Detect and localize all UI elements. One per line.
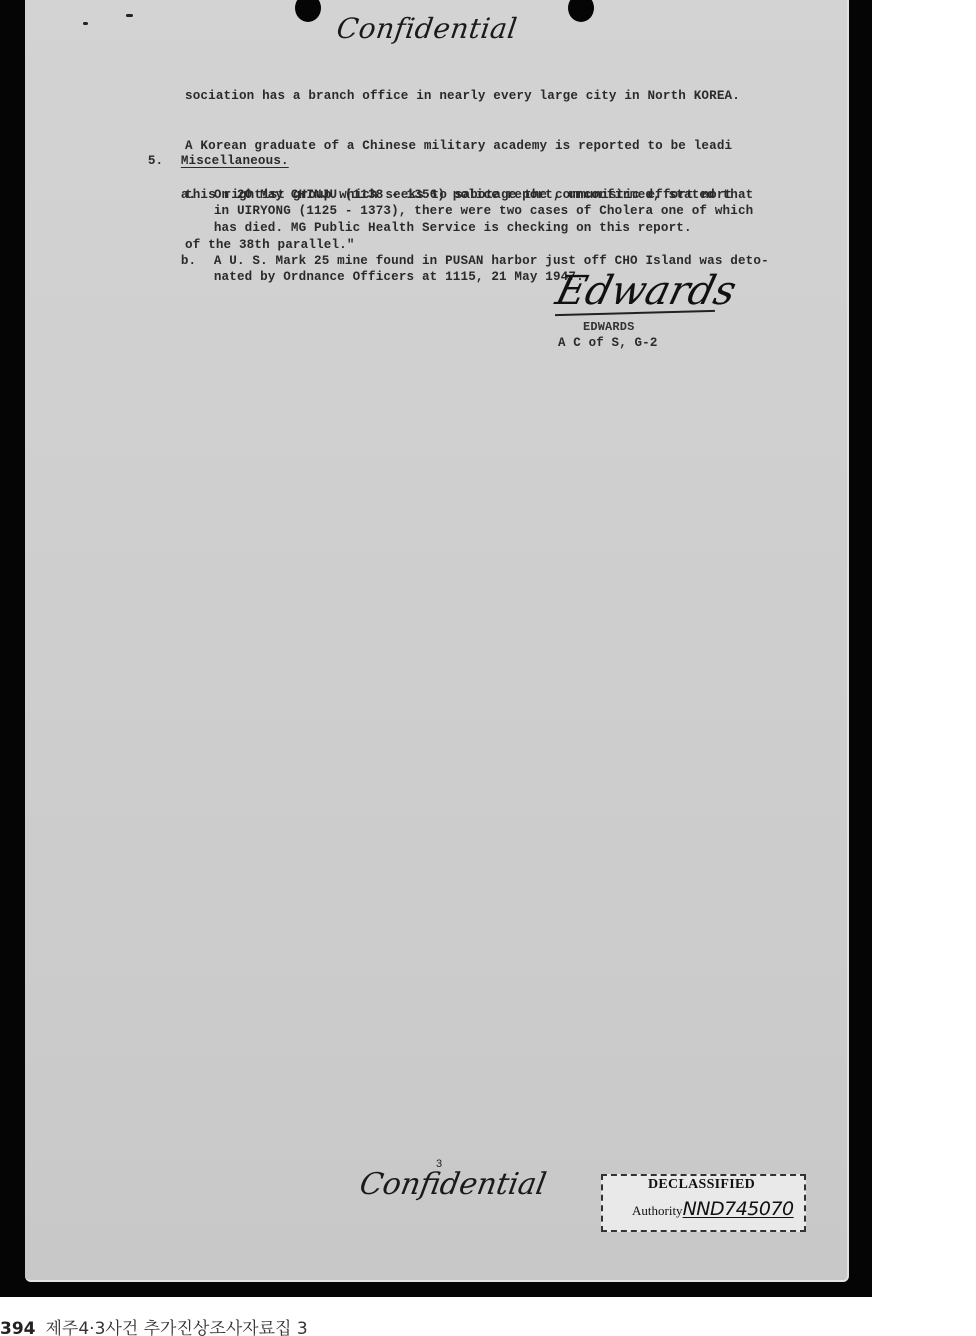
authority-label: Authority xyxy=(632,1203,683,1218)
confidential-footer-annotation: Confidential xyxy=(357,1167,549,1202)
text-line: sociation has a branch office in nearly … xyxy=(185,88,740,105)
item-text: On 20 May CHINJU (1138 - 1356) police re… xyxy=(214,187,754,237)
punch-hole xyxy=(295,0,321,22)
text-line: has died. MG Public Health Service is ch… xyxy=(214,220,754,237)
text-line: On 20 May CHINJU (1138 - 1356) police re… xyxy=(214,187,754,204)
text-line: A U. S. Mark 25 mine found in PUSAN harb… xyxy=(214,253,769,270)
punch-hole xyxy=(568,0,594,22)
confidential-header-annotation: Confidential xyxy=(335,12,520,45)
book-footer: 394제주4·3사건 추가진상조사자료집 3 xyxy=(0,1318,308,1336)
text-line: in UIRYONG (1125 - 1373), there were two… xyxy=(214,203,754,220)
book-title: 제주4·3사건 추가진상조사자료집 3 xyxy=(46,1319,308,1336)
signer-name: EDWARDS xyxy=(583,319,634,336)
item-label: b. xyxy=(181,253,214,270)
book-page-number: 394 xyxy=(0,1319,36,1336)
declassified-stamp: DECLASSIFIED AuthorityNND745070 xyxy=(601,1174,806,1232)
document-page: Confidential sociation has a branch offi… xyxy=(25,0,849,1282)
handwritten-signature: Edwards xyxy=(551,268,741,314)
section-number: 5. xyxy=(148,153,181,170)
authority-value: NND745070 xyxy=(683,1198,794,1220)
item-label: a. xyxy=(181,187,214,204)
stamp-authority: AuthorityNND745070 xyxy=(632,1198,794,1220)
stamp-title: DECLASSIFIED xyxy=(648,1177,755,1193)
ink-speck xyxy=(126,14,133,17)
ink-speck xyxy=(83,22,88,25)
section-title: Miscellaneous. xyxy=(181,154,289,168)
signer-title: A C of S, G-2 xyxy=(558,335,657,352)
